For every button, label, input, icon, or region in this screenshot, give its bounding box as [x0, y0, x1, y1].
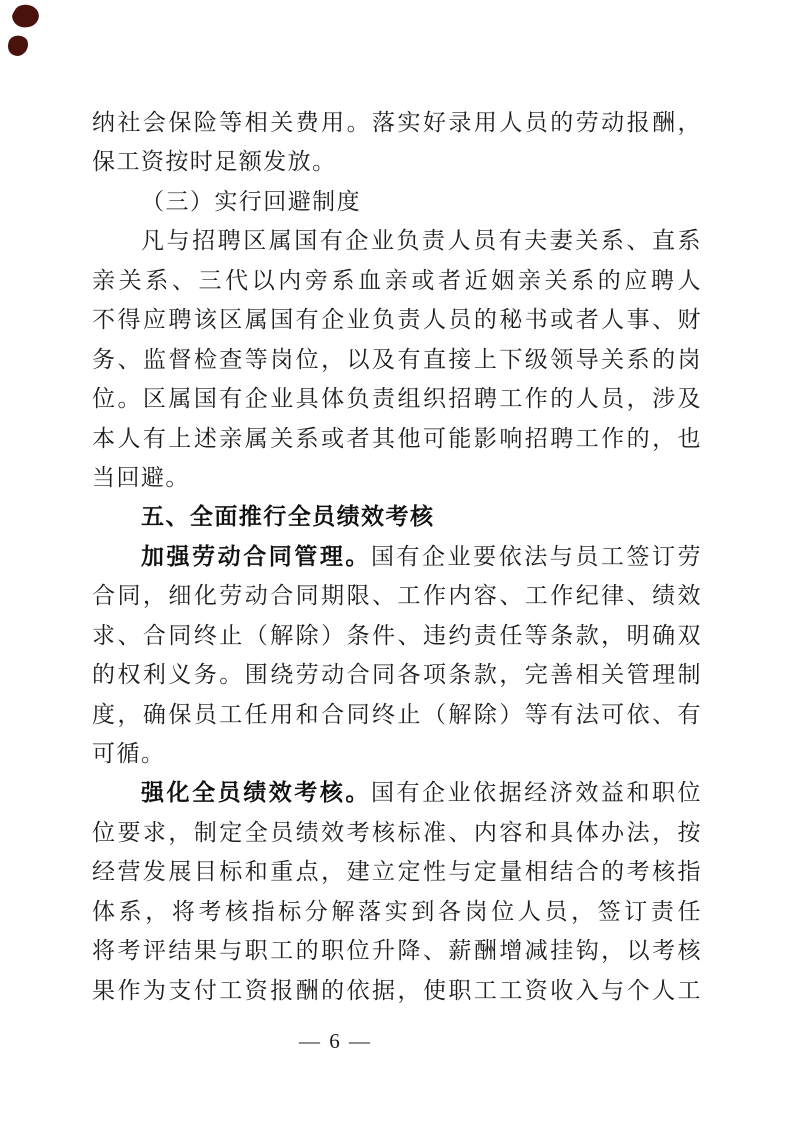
- text-line: 位。区属国有企业具体负责组织招聘工作的人员，涉及与: [92, 379, 702, 418]
- document-page: 纳社会保险等相关费用。落实好录用人员的劳动报酬，确 保工资按时足额发放。 （三）…: [0, 0, 793, 1122]
- text-line: 凡与招聘区属国有企业负责人员有夫妻关系、直系血: [92, 221, 702, 260]
- text-line: 本人有上述亲属关系或者其他可能影响招聘工作的，也应: [92, 419, 702, 458]
- text-line: 可循。: [92, 734, 702, 773]
- text-line: 保工资按时足额发放。: [92, 142, 702, 181]
- text-line: 亲关系、三代以内旁系血亲或者近姻亲关系的应聘人员，: [92, 261, 702, 300]
- page-number: — 6 —: [299, 1026, 372, 1056]
- document-text-block: 纳社会保险等相关费用。落实好录用人员的劳动报酬，确 保工资按时足额发放。 （三）…: [92, 103, 702, 1010]
- text-line: 加强劳动合同管理。国有企业要依法与员工签订劳动: [92, 537, 702, 576]
- text-line: 经营发展目标和重点，建立定性与定量相结合的考核指标: [92, 852, 702, 891]
- text-line: 度，确保员工任用和合同终止（解除）等有法可依、有章: [92, 695, 702, 734]
- text-line: 位要求，制定全员绩效考核标准、内容和具体办法，按照: [92, 813, 702, 852]
- ink-stain-lower: [8, 36, 28, 56]
- text-line: 纳社会保险等相关费用。落实好录用人员的劳动报酬，确: [92, 103, 702, 142]
- section-heading: （三）实行回避制度: [92, 182, 702, 221]
- paragraph-lead: 加强劳动合同管理。: [141, 544, 371, 569]
- ink-stain-upper: [12, 5, 39, 28]
- text-line: 合同，细化劳动合同期限、工作内容、工作纪律、绩效要: [92, 576, 702, 615]
- text-line: 求、合同终止（解除）条件、违约责任等条款，明确双方: [92, 616, 702, 655]
- text-line: 的权利义务。围绕劳动合同各项条款，完善相关管理制: [92, 655, 702, 694]
- text-line: 不得应聘该区属国有企业负责人员的秘书或者人事、财: [92, 300, 702, 339]
- ink-stain: [0, 0, 60, 70]
- section-heading: 五、全面推行全员绩效考核: [92, 497, 702, 536]
- text-line: 将考评结果与职工的职位升降、薪酬增减挂钩，以考核结: [92, 931, 702, 970]
- text-line: 务、监督检查等岗位，以及有直接上下级领导关系的岗: [92, 340, 702, 379]
- text-line: 体系，将考核指标分解落实到各岗位人员，签订责任书。: [92, 892, 702, 931]
- text-line: 当回避。: [92, 458, 702, 497]
- text-line: 果作为支付工资报酬的依据，使职工工资收入与个人工作: [92, 971, 702, 1010]
- text-line: 强化全员绩效考核。国有企业依据经济效益和职位岗: [92, 773, 702, 812]
- paragraph-lead: 强化全员绩效考核。: [141, 780, 371, 805]
